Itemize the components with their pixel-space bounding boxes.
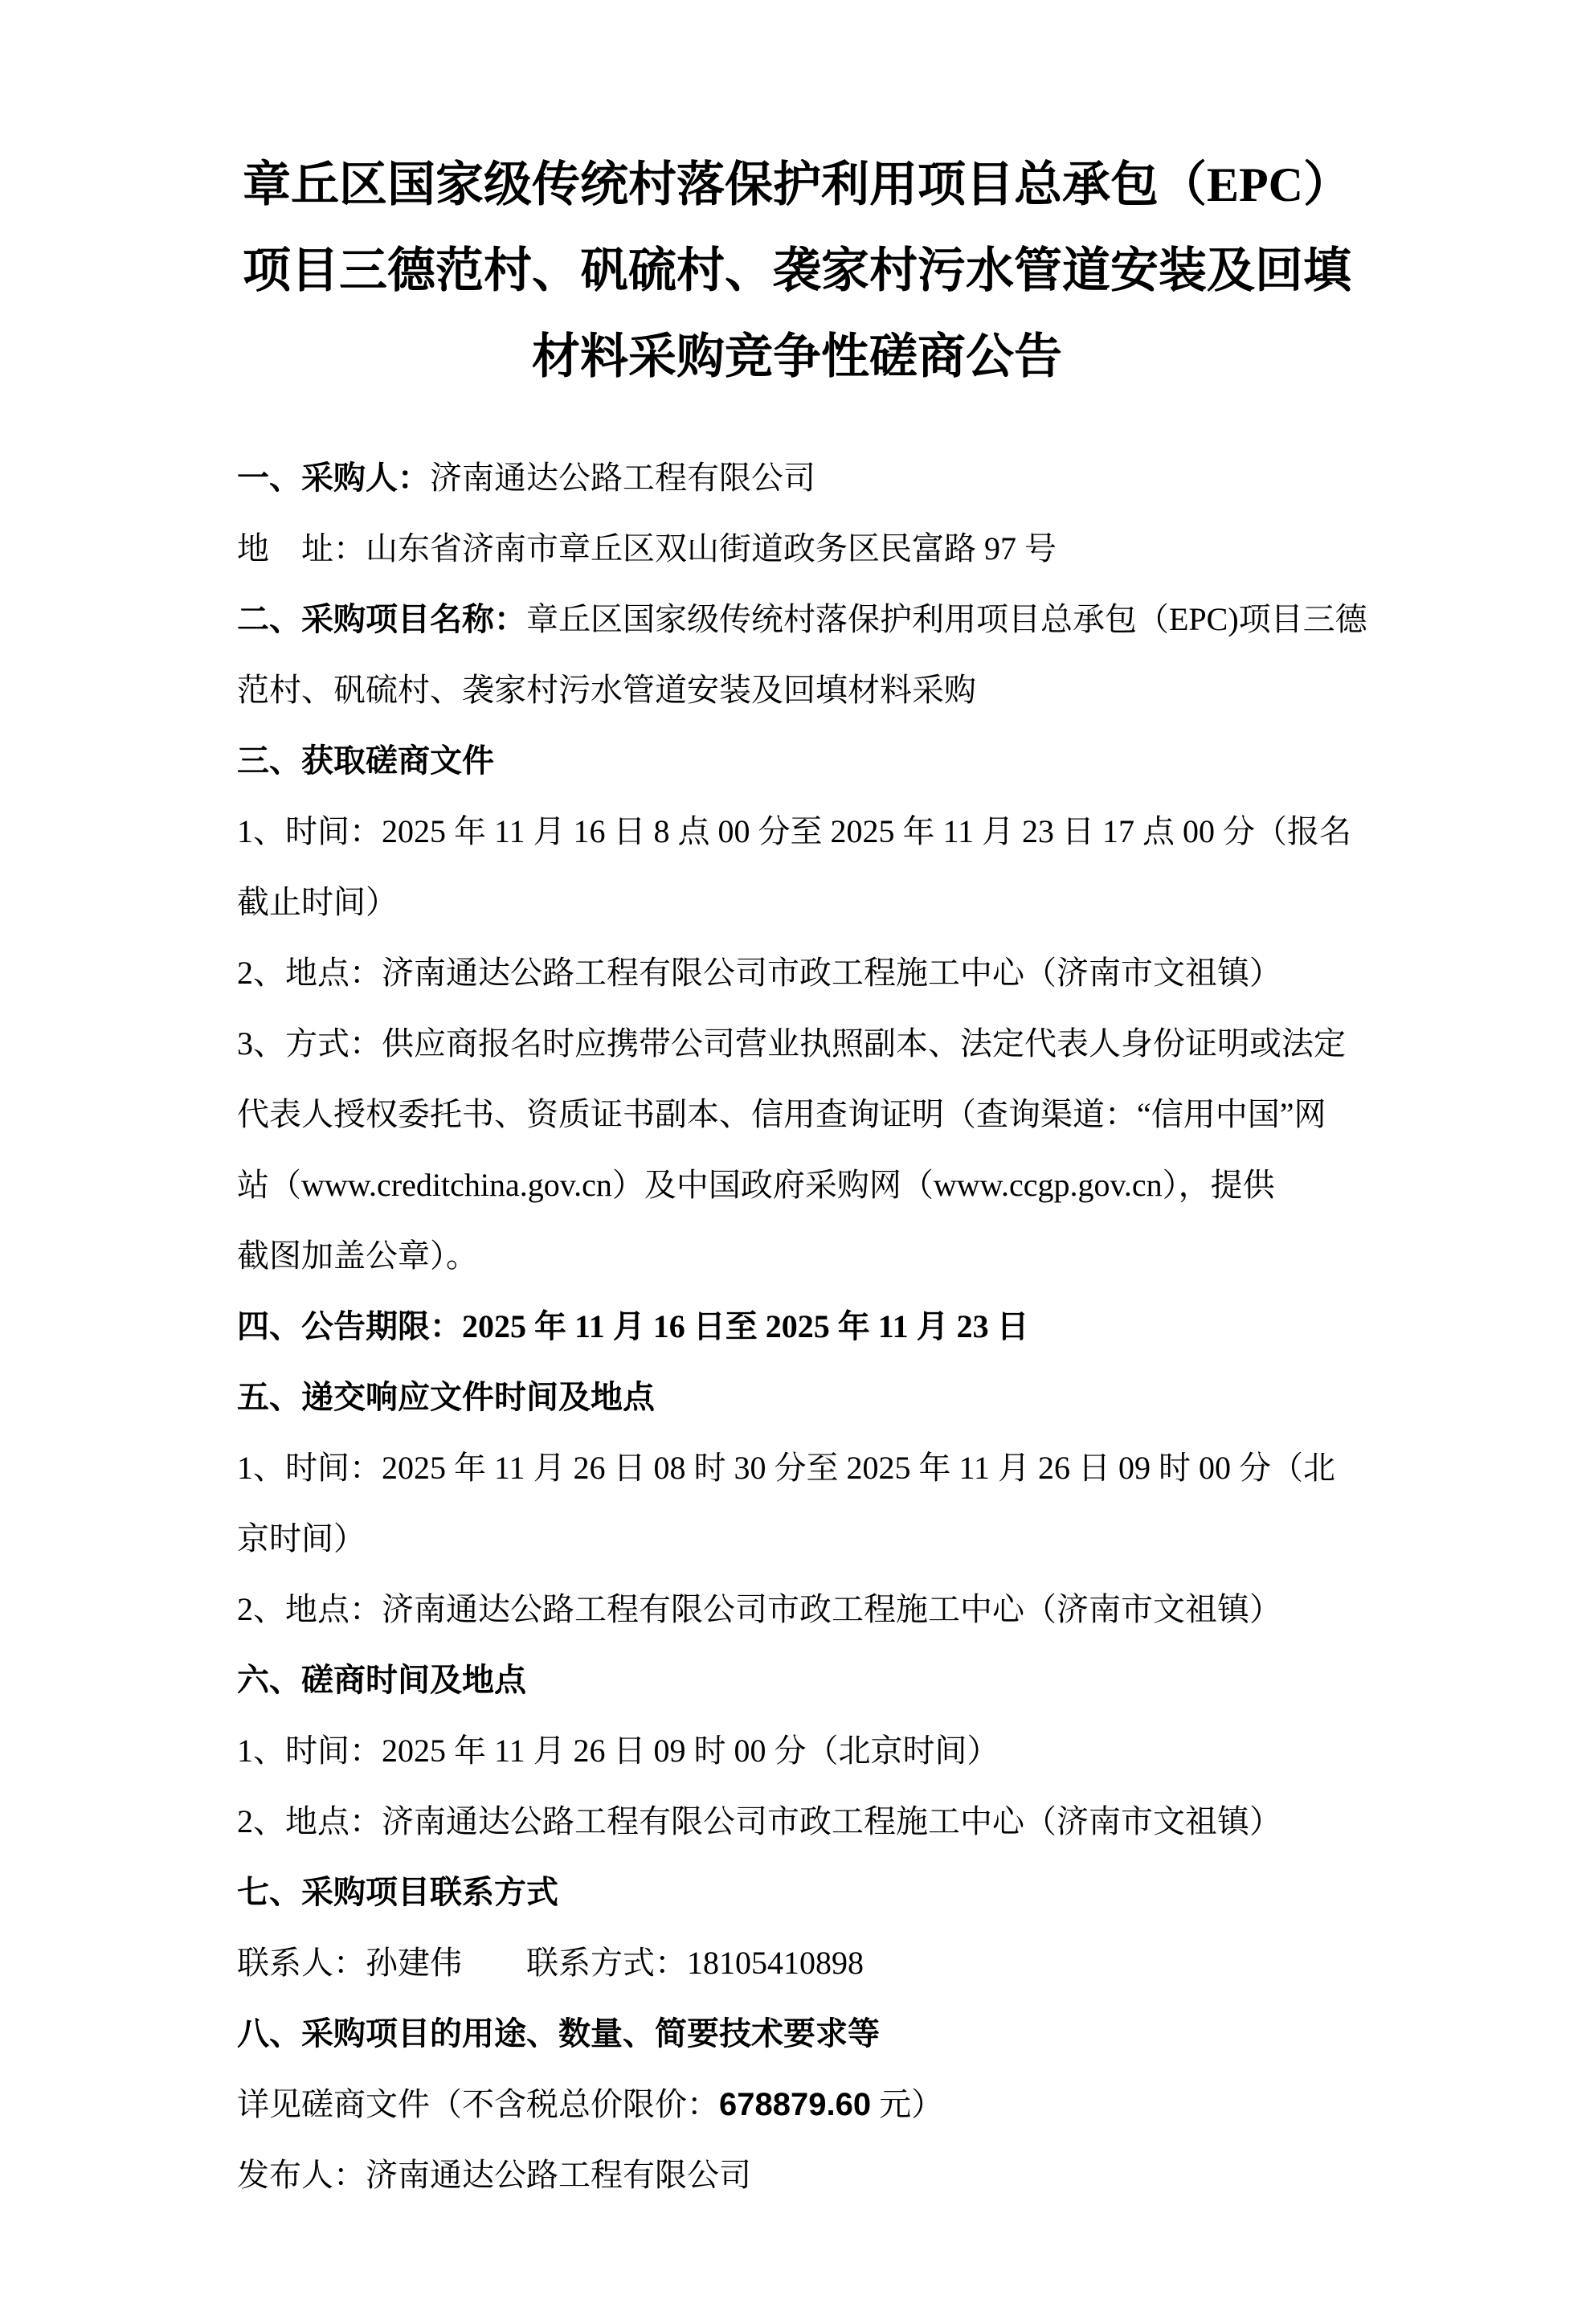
obtain-time-line-2: 截止时间） bbox=[237, 867, 1361, 938]
obtain-method-line-1: 3、方式：供应商报名时应携带公司营业执照副本、法定代表人身份证明或法定 bbox=[237, 1009, 1361, 1079]
document-body: 一、采购人：济南通达公路工程有限公司 地 址：山东省济南市章丘区双山街道政务区民… bbox=[237, 443, 1361, 2211]
section-heading-contact: 七、采购项目联系方式 bbox=[237, 1857, 1361, 1928]
section-heading-obtain-documents: 三、获取磋商文件 bbox=[237, 726, 1361, 796]
title-line-1: 章丘区国家级传统村落保护利用项目总承包（EPC） bbox=[121, 142, 1473, 228]
requirements-detail-suffix: 元） bbox=[871, 2086, 943, 2122]
section-heading-negotiation: 六、磋商时间及地点 bbox=[237, 1645, 1361, 1716]
section-heading-announcement-period: 四、公告期限：2025 年 11 月 16 日至 2025 年 11 月 23 … bbox=[237, 1291, 1361, 1362]
price-limit-value: 678879.60 bbox=[719, 2087, 871, 2122]
project-name-value-1: 章丘区国家级传统村落保护利用项目总承包（EPC)项目三德 bbox=[526, 601, 1367, 637]
submission-time-line-1: 1、时间：2025 年 11 月 26 日 08 时 30 分至 2025 年 … bbox=[237, 1433, 1361, 1504]
obtain-place-line: 2、地点：济南通达公路工程有限公司市政工程施工中心（济南市文祖镇） bbox=[237, 938, 1361, 1009]
purchaser-value: 济南通达公路工程有限公司 bbox=[430, 460, 815, 496]
project-name-line-1: 二、采购项目名称：章丘区国家级传统村落保护利用项目总承包（EPC)项目三德 bbox=[237, 584, 1361, 655]
requirements-detail-line: 详见磋商文件（不含税总价限价：678879.60 元） bbox=[237, 2069, 1361, 2140]
negotiation-place-line: 2、地点：济南通达公路工程有限公司市政工程施工中心（济南市文祖镇） bbox=[237, 1786, 1361, 1857]
obtain-method-line-3: 站（www.creditchina.gov.cn）及中国政府采购网（www.cc… bbox=[237, 1150, 1361, 1221]
document-page: 章丘区国家级传统村落保护利用项目总承包（EPC） 项目三德范村、矾硫村、袭家村污… bbox=[0, 0, 1594, 2324]
title-line-2: 项目三德范村、矾硫村、袭家村污水管道安装及回填 bbox=[121, 228, 1473, 314]
project-name-line-2: 范村、矾硫村、袭家村污水管道安装及回填材料采购 bbox=[237, 655, 1361, 726]
title-line-3: 材料采购竞争性磋商公告 bbox=[121, 314, 1473, 400]
document-title: 章丘区国家级传统村落保护利用项目总承包（EPC） 项目三德范村、矾硫村、袭家村污… bbox=[121, 142, 1473, 400]
project-name-label: 二、采购项目名称： bbox=[237, 601, 526, 637]
section-heading-submission: 五、递交响应文件时间及地点 bbox=[237, 1362, 1361, 1433]
purchaser-label: 一、采购人： bbox=[237, 460, 430, 496]
contact-line: 联系人：孙建伟 联系方式：18105410898 bbox=[237, 1928, 1361, 1999]
purchaser-line: 一、采购人：济南通达公路工程有限公司 bbox=[237, 443, 1361, 513]
negotiation-time-line: 1、时间：2025 年 11 月 26 日 09 时 00 分（北京时间） bbox=[237, 1716, 1361, 1786]
address-line: 地 址：山东省济南市章丘区双山街道政务区民富路 97 号 bbox=[237, 513, 1361, 584]
section-heading-requirements: 八、采购项目的用途、数量、简要技术要求等 bbox=[237, 1999, 1361, 2069]
obtain-time-line-1: 1、时间：2025 年 11 月 16 日 8 点 00 分至 2025 年 1… bbox=[237, 796, 1361, 867]
requirements-detail-prefix: 详见磋商文件（不含税总价限价： bbox=[237, 2086, 719, 2122]
obtain-method-line-4: 截图加盖公章）。 bbox=[237, 1221, 1361, 1291]
submission-place-line: 2、地点：济南通达公路工程有限公司市政工程施工中心（济南市文祖镇） bbox=[237, 1574, 1361, 1645]
submission-time-line-2: 京时间） bbox=[237, 1504, 1361, 1574]
obtain-method-line-2: 代表人授权委托书、资质证书副本、信用查询证明（查询渠道：“信用中国”网 bbox=[237, 1079, 1361, 1150]
publisher-line: 发布人：济南通达公路工程有限公司 bbox=[237, 2140, 1361, 2211]
